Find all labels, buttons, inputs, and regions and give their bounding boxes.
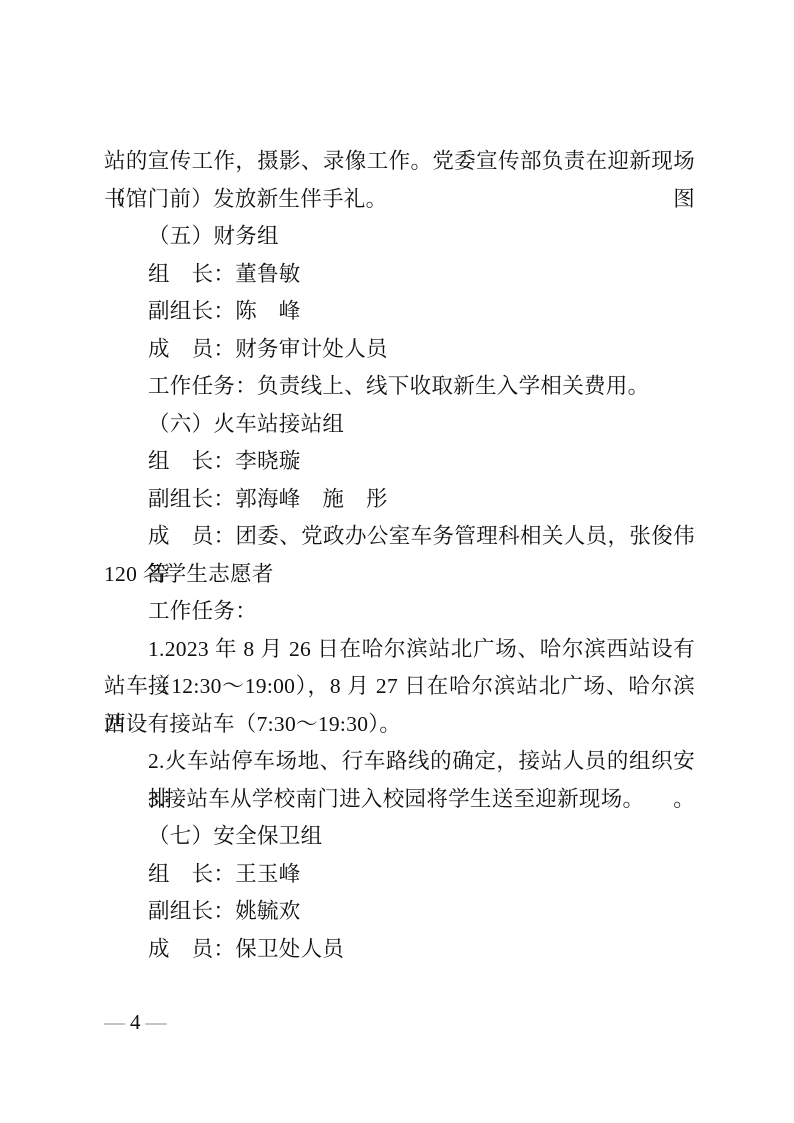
page-number: 4 [130,1010,141,1034]
footer-dash-left: — [104,1010,125,1034]
text-line: 工作任务：负责线上、线下收取新生入学相关费用。 [104,368,695,406]
page-footer: —4— [104,1008,167,1036]
text-line: 1.2023 年 8 月 26 日在哈尔滨站北广场、哈尔滨西站设有接 [104,631,695,669]
text-line: 组 长：李晓璇 [104,443,695,481]
text-line: 组 长：董鲁敏 [104,256,695,294]
text-line: 站车（12:30～19:00），8 月 27 日在哈尔滨站北广场、哈尔滨西 [104,668,695,706]
text-line: 站的宣传工作，摄影、录像工作。党委宣传部负责在迎新现场（图 [104,143,695,181]
text-line: 成 员：财务审计处人员 [104,331,695,369]
text-line: 成 员：保卫处人员 [104,931,695,969]
footer-dash-right: — [146,1010,167,1034]
text-line: 2.火车站停车场地、行车路线的确定，接站人员的组织安排。 [104,743,695,781]
text-line: 工作任务： [104,593,695,631]
text-line: 副组长：陈 峰 [104,293,695,331]
text-line: 3.接站车从学校南门进入校园将学生送至迎新现场。 [104,781,695,819]
text-line: 站设有接站车（7:30～19:30）。 [104,706,695,744]
text-line: 副组长：郭海峰 施 彤 [104,481,695,519]
page-content: 站的宣传工作，摄影、录像工作。党委宣传部负责在迎新现场（图 书馆门前）发放新生伴… [104,143,695,968]
document-page: 站的宣传工作，摄影、录像工作。党委宣传部负责在迎新现场（图 书馆门前）发放新生伴… [0,0,794,1123]
text-line: 副组长：姚毓欢 [104,893,695,931]
section-heading: （七）安全保卫组 [104,818,695,856]
text-line: 组 长：王玉峰 [104,856,695,894]
text-line: 成 员：团委、党政办公室车务管理科相关人员，张俊伟等 [104,518,695,556]
section-heading: （六）火车站接站组 [104,406,695,444]
text-line: 120 名学生志愿者 [104,556,695,594]
section-heading: （五）财务组 [104,218,695,256]
